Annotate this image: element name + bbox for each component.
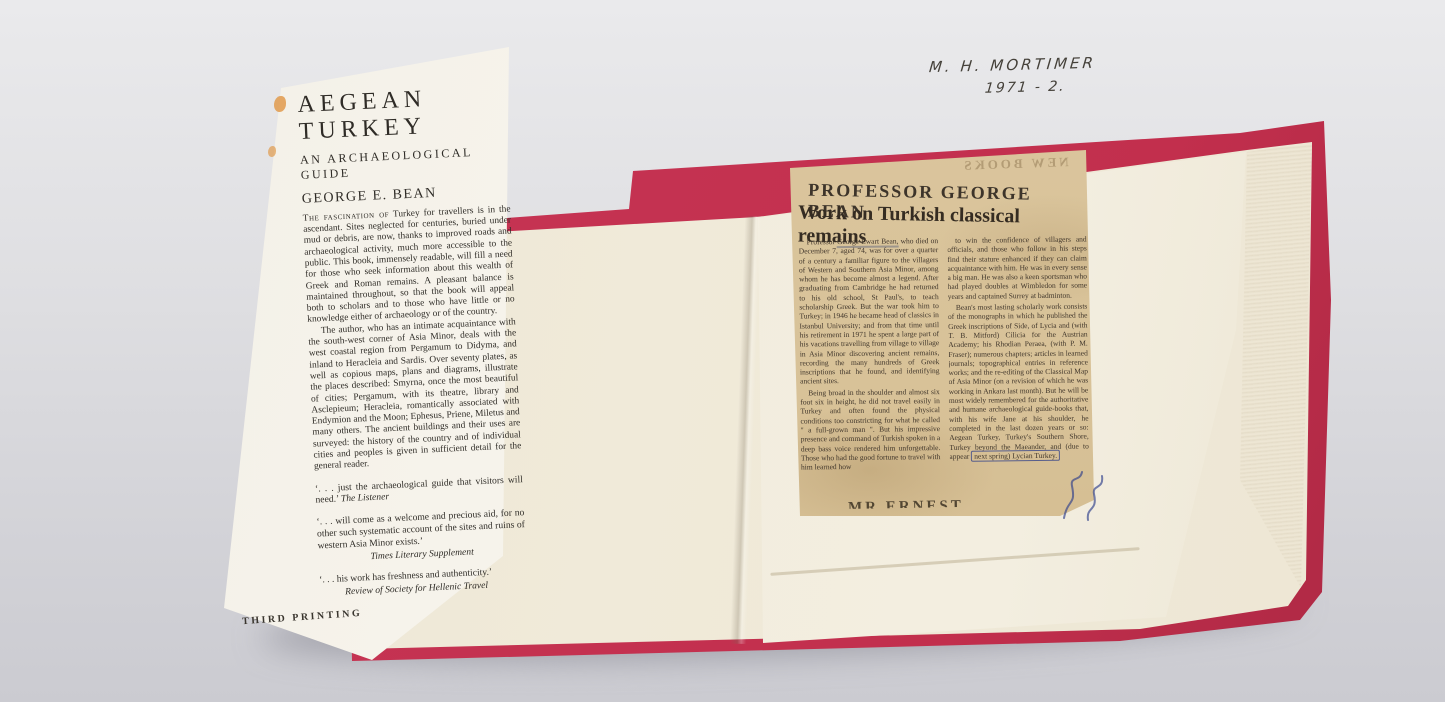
clipping-column-2: to win the confidence of villagers and o… [947, 234, 1089, 503]
book-photo: AEGEAN TURKEY AN ARCHAEOLOGICAL GUIDE GE… [0, 0, 1445, 702]
flap-text-block: AEGEAN TURKEY AN ARCHAEOLOGICAL GUIDE GE… [297, 83, 528, 600]
blue-ink-scribble [1058, 468, 1110, 524]
col2-p2-main: Bean's most lasting scholarly work consi… [948, 302, 1089, 461]
col2-p2-ink-boxed-text: next spring) Lycian Turkey. [971, 450, 1060, 462]
clipping-col1-paragraph-2: Being broad in the shoulder and almost s… [800, 387, 940, 472]
flap-paragraph-2: The author, who has an intimate acquaint… [308, 317, 522, 473]
clipping-col1-paragraph-1: Professor George Ewart Bean, who died on… [799, 236, 940, 386]
review-quote-tls: ‘. . . will come as a welcome and precio… [316, 507, 526, 565]
review-quote-listener: ‘. . . just the archaeological guide tha… [315, 474, 524, 507]
clipping-column-1: Professor George Ewart Bean, who died on… [799, 236, 941, 505]
flap-paragraph-1: The fascination of Turkey for travellers… [303, 204, 516, 326]
book-author: GEORGE E. BEAN [302, 182, 511, 207]
clipping-columns: Professor George Ewart Bean, who died on… [799, 234, 1090, 505]
quote1-source: The Listener [341, 492, 390, 505]
clipping-col2-paragraph-1: to win the confidence of villagers and o… [947, 234, 1087, 301]
inscription-name: M. H. MORTIMER [928, 54, 1097, 76]
clipping-col2-paragraph-2: Bean's most lasting scholarly work consi… [948, 302, 1089, 461]
owner-inscription: M. H. MORTIMER 1971 - 2. [926, 54, 1097, 98]
inscription-date: 1971 - 2. [984, 78, 1094, 97]
col1-p1-rest: who died on December 7, aged 74, was for… [799, 236, 940, 386]
col1-p1-pre: Professor [807, 237, 838, 246]
